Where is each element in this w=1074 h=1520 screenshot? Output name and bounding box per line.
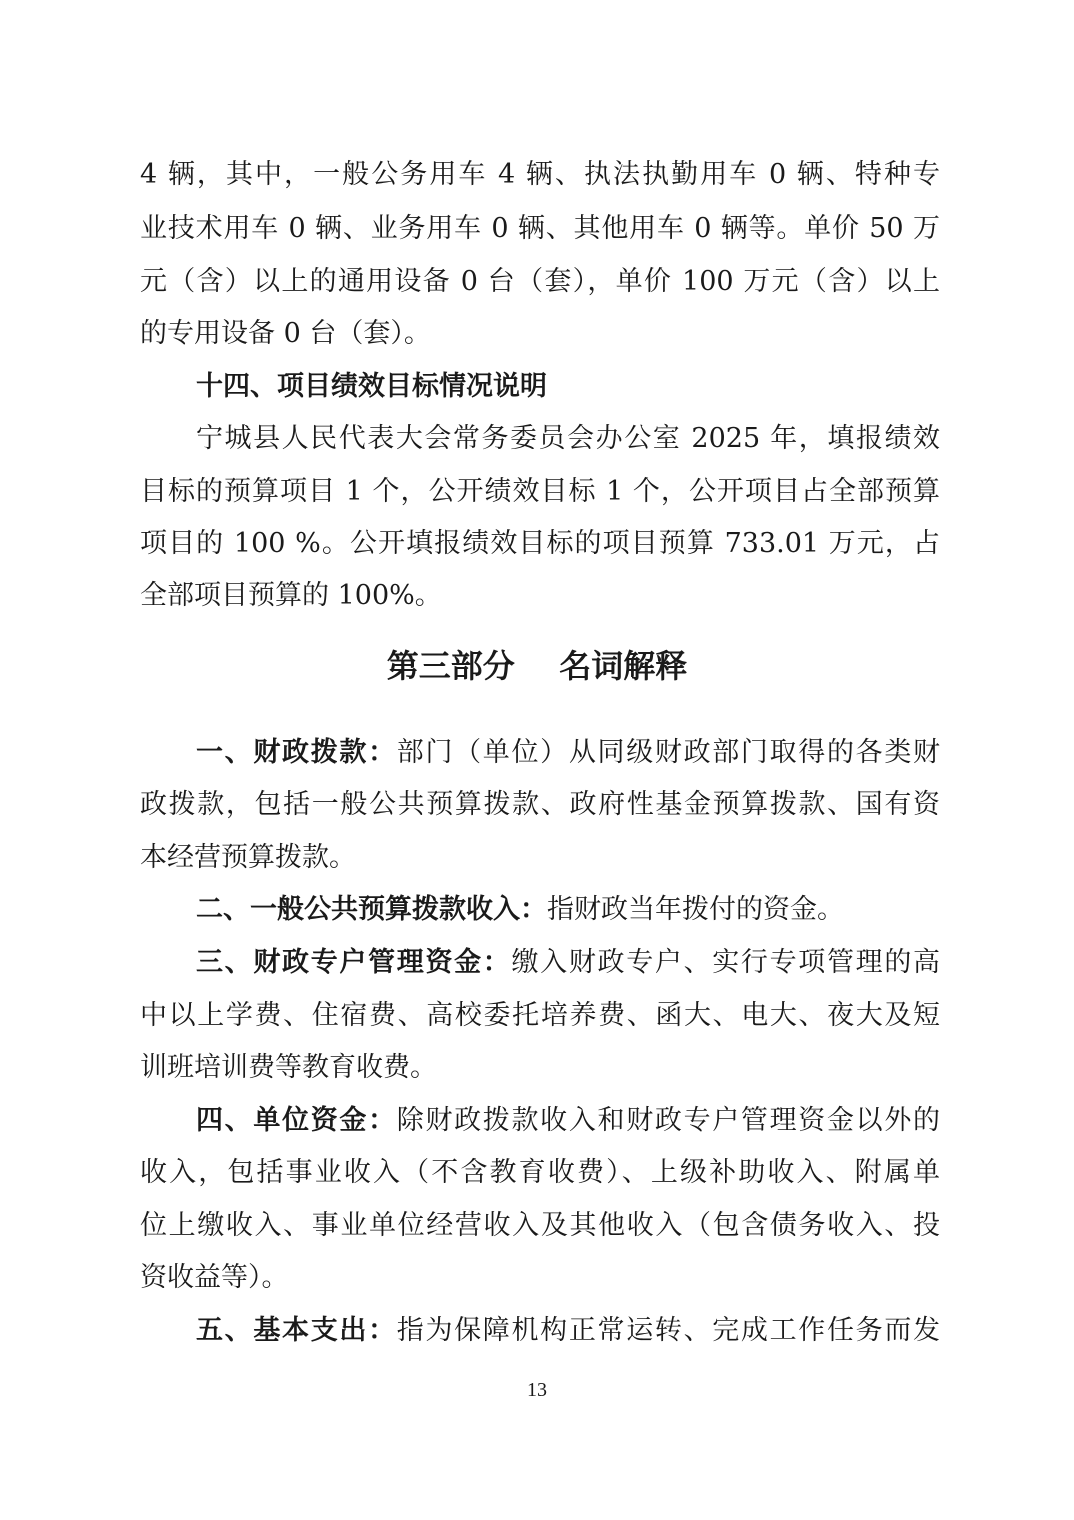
paragraph-line: 资收益等）。 [140, 1260, 940, 1296]
definition-term: 二、一般公共预算拨款收入： [196, 894, 547, 925]
document-page: 4 辆，其中，一般公务用车 4 辆、执法执勤用车 0 辆、特种专 业技术用车 0… [0, 0, 1074, 1520]
definition-first-line: 五、基本支出：指为保障机构正常运转、完成工作任务而发 [196, 1313, 940, 1349]
paragraph-line: 元（含）以上的通用设备 0 台（套），单价 100 万元（含）以上 [140, 264, 940, 300]
paragraph-line: 目标的预算项目 1 个，公开绩效目标 1 个，公开项目占全部预算 [140, 474, 940, 510]
paragraph-line: 政拨款，包括一般公共预算拨款、政府性基金预算拨款、国有资 [140, 787, 940, 823]
definition-first-line: 一、财政拨款：部门（单位）从同级财政部门取得的各类财 [196, 735, 940, 771]
definition-term: 四、单位资金： [196, 1105, 397, 1136]
paragraph-line: 中以上学费、住宿费、高校委托培养费、函大、电大、夜大及短 [140, 998, 940, 1034]
paragraph-line: 训班培训费等教育收费。 [140, 1050, 940, 1086]
definition-term: 三、财政专户管理资金： [196, 947, 511, 978]
definition-first-line: 二、一般公共预算拨款收入：指财政当年拨付的资金。 [196, 892, 940, 928]
paragraph-line: 收入，包括事业收入（不含教育收费）、上级补助收入、附属单 [140, 1155, 940, 1191]
section-heading: 十四、项目绩效目标情况说明 [196, 369, 940, 405]
definition-first-line: 三、财政专户管理资金：缴入财政专户、实行专项管理的高 [196, 945, 940, 981]
definition-text: 缴入财政专户、实行专项管理的高 [511, 947, 940, 978]
definition-text: 除财政拨款收入和财政专户管理资金以外的 [397, 1105, 940, 1136]
page-number: 13 [0, 1378, 1074, 1402]
paragraph-line: 全部项目预算的 100%。 [140, 578, 940, 614]
definition-text: 部门（单位）从同级财政部门取得的各类财 [397, 737, 940, 768]
paragraph-line: 的专用设备 0 台（套）。 [140, 316, 940, 352]
part-title: 第三部分 名词解释 [0, 646, 1074, 686]
paragraph-line: 宁城县人民代表大会常务委员会办公室 2025 年，填报绩效 [196, 421, 940, 457]
definition-text: 指为保障机构正常运转、完成工作任务而发 [397, 1315, 940, 1346]
paragraph-line: 项目的 100 %。公开填报绩效目标的项目预算 733.01 万元，占 [140, 526, 940, 562]
definition-term: 五、基本支出： [196, 1315, 397, 1346]
paragraph-line: 本经营预算拨款。 [140, 840, 940, 876]
paragraph-line: 业技术用车 0 辆、业务用车 0 辆、其他用车 0 辆等。单价 50 万 [140, 211, 940, 247]
paragraph-line: 位上缴收入、事业单位经营收入及其他收入（包含债务收入、投 [140, 1208, 940, 1244]
definition-first-line: 四、单位资金：除财政拨款收入和财政专户管理资金以外的 [196, 1103, 940, 1139]
definition-text: 指财政当年拨付的资金。 [547, 894, 844, 925]
paragraph-line: 4 辆，其中，一般公务用车 4 辆、执法执勤用车 0 辆、特种专 [140, 157, 940, 193]
definition-term: 一、财政拨款： [196, 737, 397, 768]
